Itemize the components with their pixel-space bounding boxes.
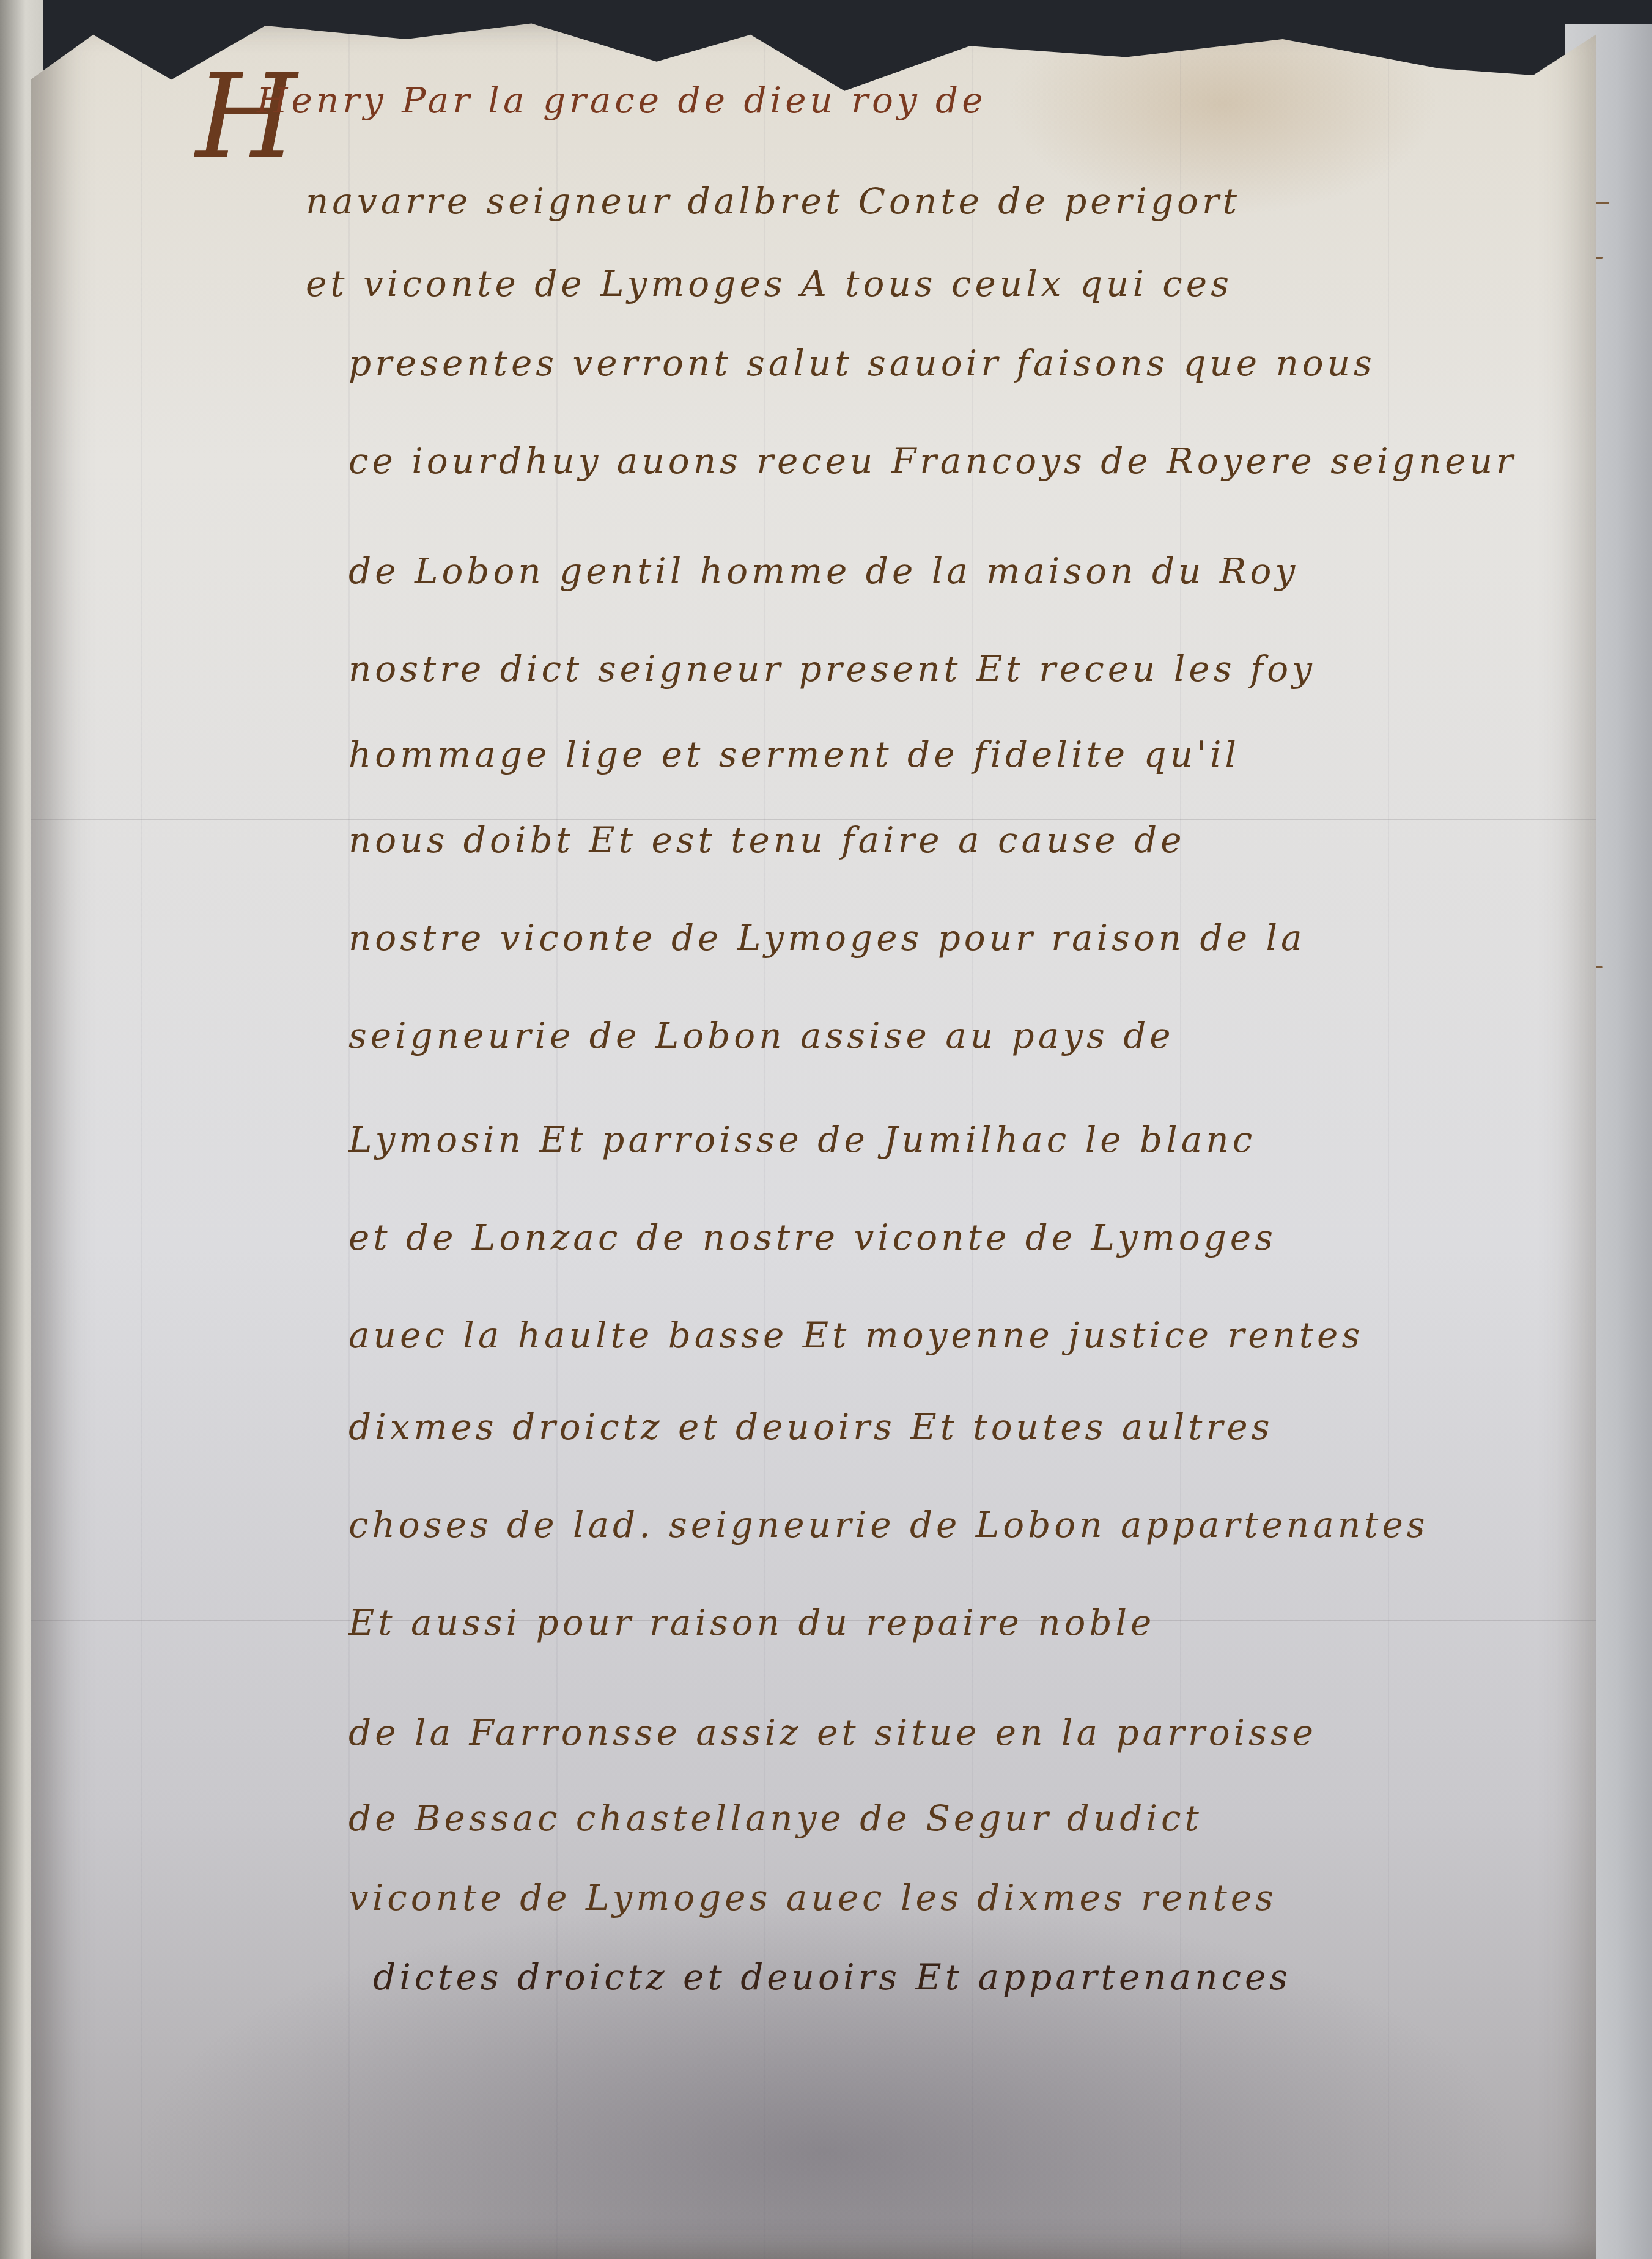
text-line: de la Farronsse assiz et situe en la par…	[348, 1712, 1317, 1753]
text-line: nostre dict seigneur present Et receu le…	[348, 648, 1316, 690]
text-line: et de Lonzac de nostre viconte de Lymoge…	[348, 1217, 1277, 1258]
text-line: de Bessac chastellanye de Segur dudict	[348, 1797, 1203, 1839]
text-line: ce iourdhuy auons receu Francoys de Roye…	[348, 440, 1517, 482]
text-line: nous doibt Et est tenu faire a cause de	[348, 819, 1185, 861]
manuscript-page: H Henry Par la grace de dieu roy de nava…	[31, 12, 1596, 2259]
text-line: et viconte de Lymoges A tous ceulx qui c…	[306, 263, 1233, 304]
text-line: seigneurie de Lobon assise au pays de	[348, 1015, 1174, 1056]
text-line: choses de lad. seigneurie de Lobon appar…	[348, 1504, 1429, 1546]
text-line: Henry Par la grace de dieu roy de	[257, 79, 987, 121]
manuscript-text: H Henry Par la grace de dieu roy de nava…	[31, 12, 1596, 2259]
text-line: dixmes droictz et deuoirs Et toutes ault…	[348, 1406, 1273, 1448]
text-line: dictes droictz et deuoirs Et appartenanc…	[373, 1956, 1291, 1998]
text-line: Lymosin Et parroisse de Jumilhac le blan…	[348, 1119, 1256, 1160]
text-line: Et aussi pour raison du repaire noble	[348, 1602, 1155, 1643]
text-line: nostre viconte de Lymoges pour raison de…	[348, 917, 1306, 959]
text-line: hommage lige et serment de fidelite qu'i…	[348, 734, 1240, 775]
text-line: navarre seigneur dalbret Conte de perigo…	[306, 180, 1241, 222]
text-line: auec la haulte basse Et moyenne justice …	[348, 1314, 1363, 1356]
text-line: presentes verront salut sauoir faisons q…	[348, 342, 1376, 384]
text-line: de Lobon gentil homme de la maison du Ro…	[348, 550, 1299, 592]
text-line: viconte de Lymoges auec les dixmes rente…	[348, 1877, 1277, 1918]
